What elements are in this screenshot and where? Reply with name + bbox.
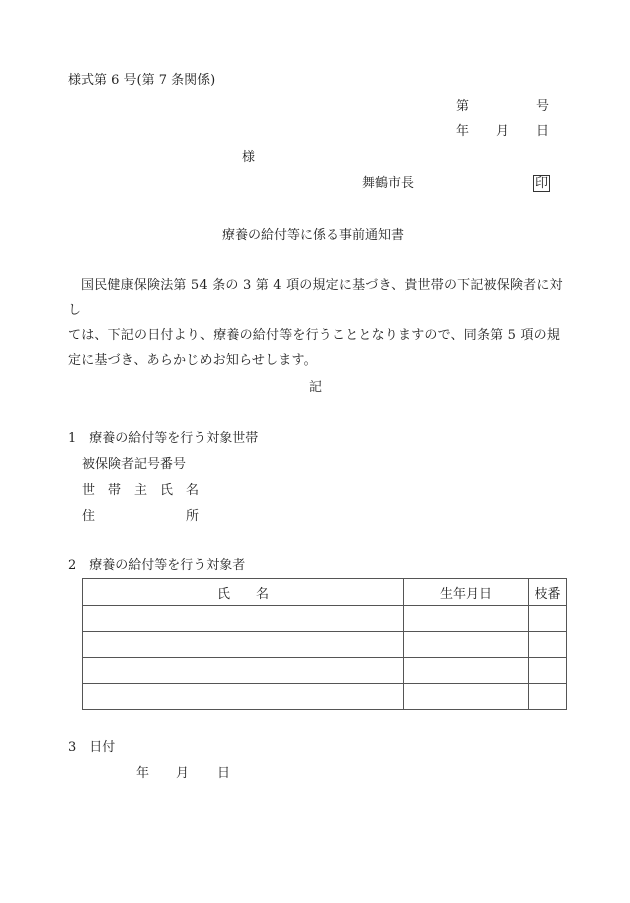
name-cell[interactable] [83,658,404,684]
column-header-birthdate: 生年月日 [404,579,529,606]
body-line: ては、下記の日付より、療養の給付等を行うこととなりますので、同条第 5 項の規 [68,323,568,348]
body-paragraph: 国民健康保険法第 54 条の 3 第 4 項の規定に基づき、貴世帯の下記被保険者… [68,273,568,373]
name-cell[interactable] [83,606,404,632]
body-line: 国民健康保険法第 54 条の 3 第 4 項の規定に基づき、貴世帯の下記被保険者… [68,273,568,323]
birthdate-cell[interactable] [404,632,529,658]
column-header-branch-number: 枝番 [529,579,567,606]
number-suffix: 号 [536,99,549,115]
branch-number-cell[interactable] [529,606,567,632]
date-year: 年 [456,124,469,140]
issuer-name: 舞鶴市長 [362,176,414,192]
table-row [83,658,567,684]
section2-heading: 2 療養の給付等を行う対象者 [68,558,245,574]
table-row [83,684,567,710]
section1-heading: 1 療養の給付等を行う対象世帯 [68,431,258,447]
date-month: 月 [496,124,509,140]
form-label: 様式第 6 号(第 7 条関係) [68,73,215,89]
section3-year: 年 [136,766,149,782]
seal-mark: 印 [533,175,550,192]
birthdate-cell[interactable] [404,684,529,710]
table-row [83,632,567,658]
document-title: 療養の給付等に係る事前通知書 [222,228,404,244]
birthdate-cell[interactable] [404,658,529,684]
address-label: 住 所 [82,509,199,525]
section3-month: 月 [176,766,189,782]
addressee-suffix: 様 [242,150,255,166]
birthdate-cell[interactable] [404,606,529,632]
name-cell[interactable] [83,684,404,710]
table-header-row: 氏 名 生年月日 枝番 [83,579,567,606]
date-day: 日 [536,124,549,140]
insured-number-label: 被保険者記号番号 [82,457,186,473]
householder-name-label: 世 帯 主 氏 名 [82,483,199,499]
section3-heading: 3 日付 [68,740,115,756]
table-row [83,606,567,632]
body-line: 定に基づき、あらかじめお知らせします。 [68,348,568,373]
name-cell[interactable] [83,632,404,658]
target-persons-table: 氏 名 生年月日 枝番 [82,578,567,710]
number-prefix: 第 [456,99,469,115]
branch-number-cell[interactable] [529,632,567,658]
section3-day: 日 [217,766,230,782]
branch-number-cell[interactable] [529,684,567,710]
column-header-name: 氏 名 [83,579,404,606]
branch-number-cell[interactable] [529,658,567,684]
ki-mark: 記 [309,380,322,396]
